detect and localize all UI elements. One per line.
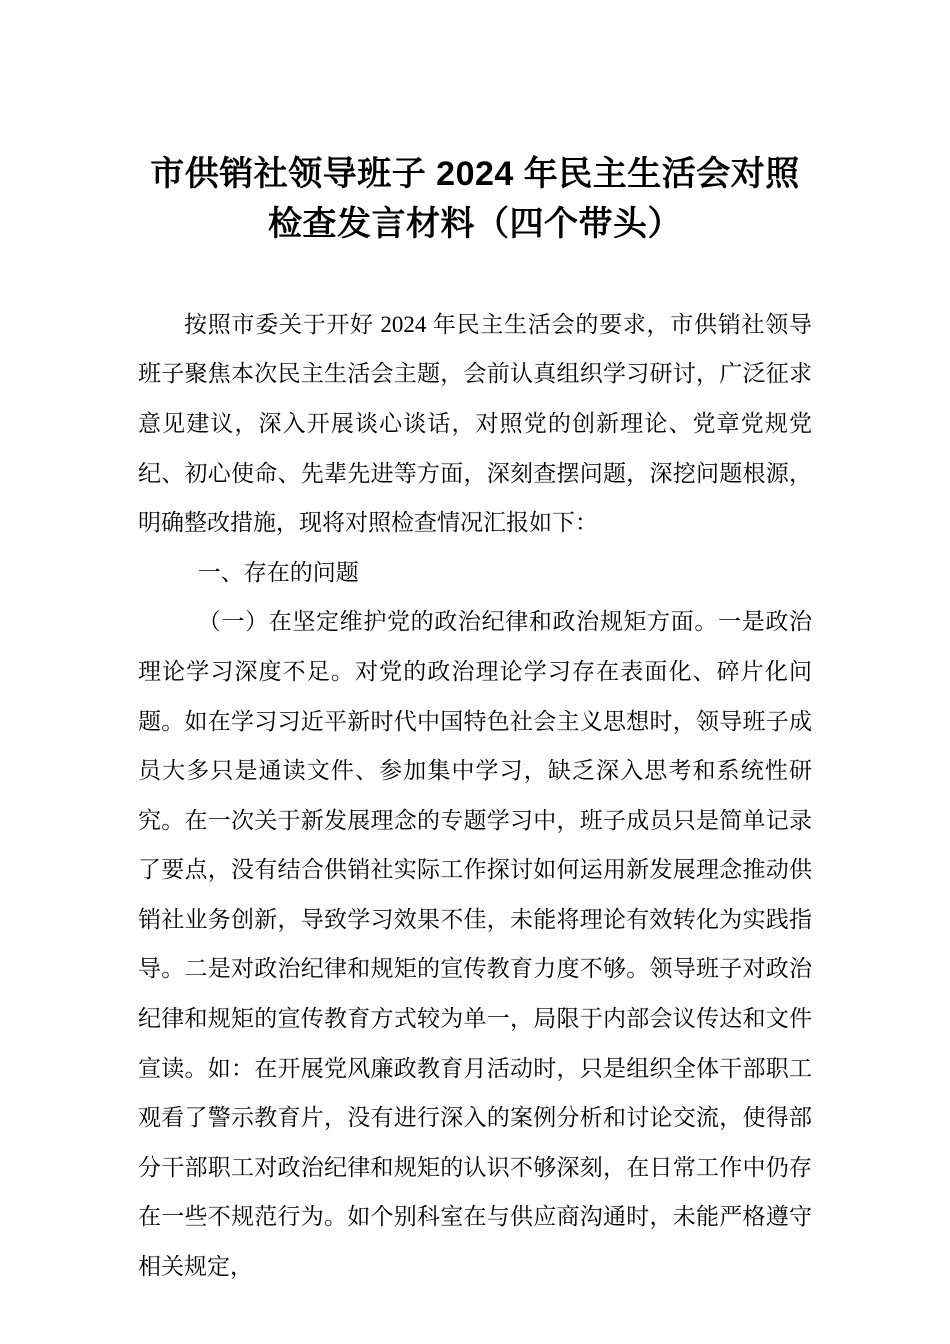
document-body: 按照市委关于开好 2024 年民主生活会的要求，市供销社领导班子聚焦本次民主生活… [138, 300, 812, 1292]
section-heading-existing-problems: 一、存在的问题 [138, 548, 812, 598]
paragraph-intro: 按照市委关于开好 2024 年民主生活会的要求，市供销社领导班子聚焦本次民主生活… [138, 300, 812, 548]
document-title: 市供销社领导班子 2024 年民主生活会对照 检查发言材料（四个带头） [0, 23, 950, 249]
document-title-line-2: 检查发言材料（四个带头） [0, 199, 950, 249]
document-title-line-1: 市供销社领导班子 2024 年民主生活会对照 [0, 149, 950, 199]
document-page: 市供销社领导班子 2024 年民主生活会对照 检查发言材料（四个带头） 按照市委… [0, 0, 950, 1344]
paragraph-section-one: （一）在坚定维护党的政治纪律和政治规矩方面。一是政治理论学习深度不足。对党的政治… [138, 597, 812, 1291]
